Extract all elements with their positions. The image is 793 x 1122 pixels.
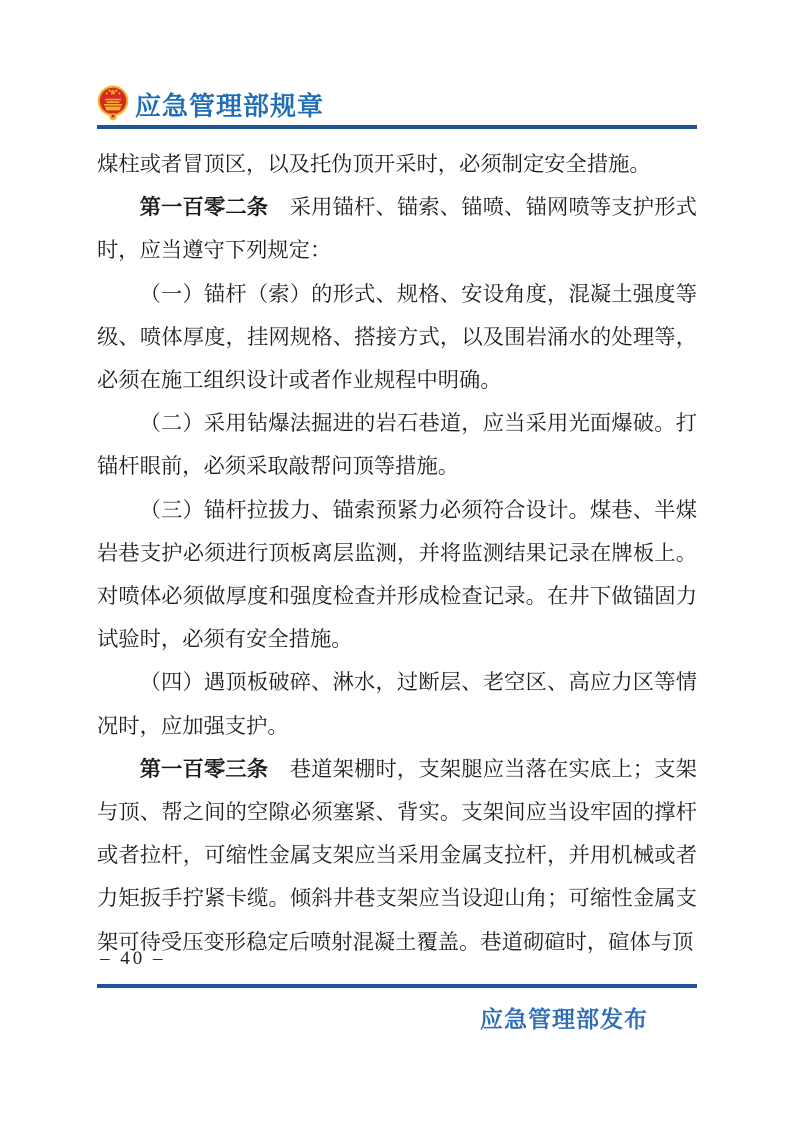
header-rule	[97, 125, 697, 129]
china-national-emblem-icon	[96, 85, 130, 123]
page-header: 应急管理部规章	[96, 83, 324, 125]
body-paragraph: （二）采用钻爆法掘进的岩石巷道，应当采用光面爆破。打锚杆眼前，必须采取敲帮问顶等…	[97, 402, 697, 488]
document-page: 应急管理部规章 煤柱或者冒顶区，以及托伪顶开采时，必须制定安全措施。第一百零二条…	[0, 0, 793, 1122]
article-number: 第一百零三条	[140, 757, 269, 781]
publisher-label: 应急管理部发布	[97, 1001, 697, 1034]
body-paragraph: 煤柱或者冒顶区，以及托伪顶开采时，必须制定安全措施。	[97, 143, 697, 186]
footer-rule	[97, 984, 697, 988]
header-title: 应急管理部规章	[135, 86, 324, 123]
body-paragraph: （三）锚杆拉拔力、锚索预紧力必须符合设计。煤巷、半煤岩巷支护必须进行顶板离层监测…	[97, 489, 697, 662]
body-paragraph: 第一百零二条 采用锚杆、锚索、锚喷、锚网喷等支护形式时，应当遵守下列规定：	[97, 186, 697, 272]
page-number: – 40 –	[100, 948, 166, 970]
body-paragraph: （四）遇顶板破碎、淋水，过断层、老空区、高应力区等情况时，应加强支护。	[97, 661, 697, 747]
article-number: 第一百零二条	[140, 195, 269, 219]
document-body: 煤柱或者冒顶区，以及托伪顶开采时，必须制定安全措施。第一百零二条 采用锚杆、锚索…	[97, 143, 697, 964]
body-paragraph: 第一百零三条 巷道架棚时，支架腿应当落在实底上；支架与顶、帮之间的空隙必须塞紧、…	[97, 748, 697, 964]
body-paragraph: （一）锚杆（索）的形式、规格、安设角度，混凝土强度等级、喷体厚度，挂网规格、搭接…	[97, 273, 697, 403]
